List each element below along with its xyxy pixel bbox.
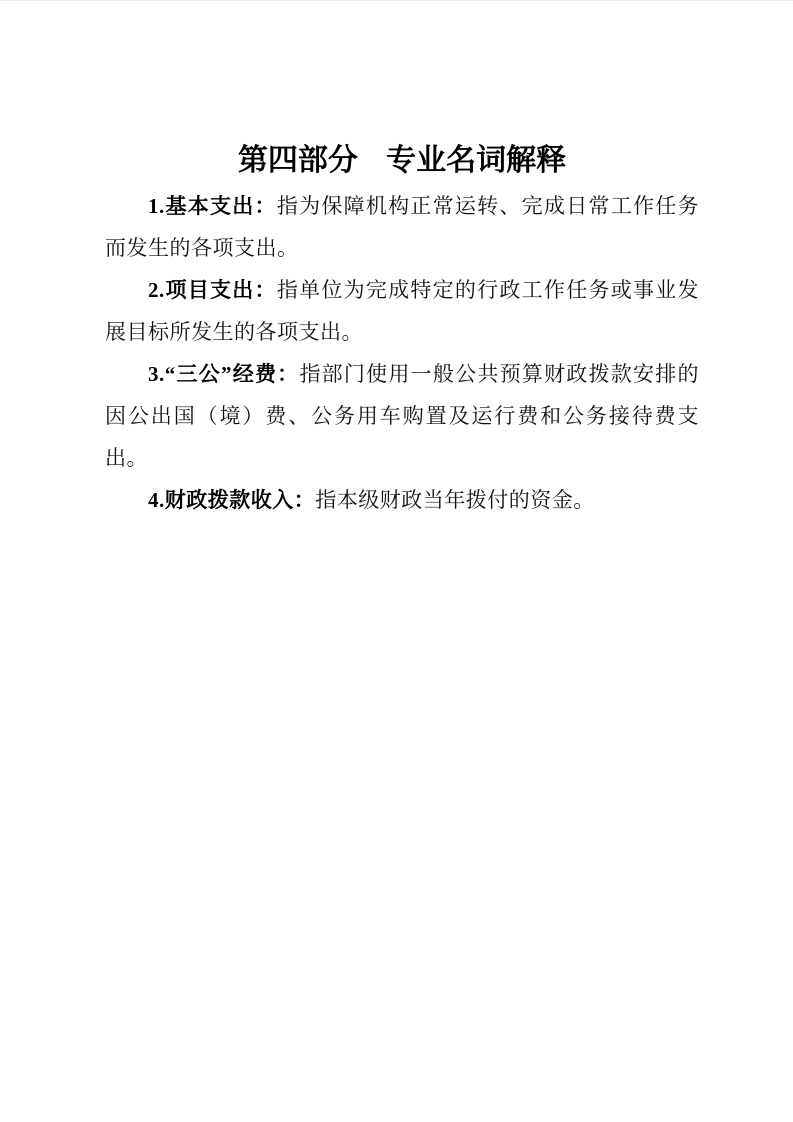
definition-paragraph-fiscal-appropriation-income: 4.财政拨款收入：指本级财政当年拨付的资金。 (105, 479, 699, 521)
term-label: 1.基本支出： (148, 194, 277, 218)
page-title: 第四部分 专业名词解释 (105, 141, 699, 181)
page-content: 第四部分 专业名词解释 1.基本支出：指为保障机构正常运转、完成日常工作任务而发… (105, 141, 699, 521)
term-label: 3.“三公”经费： (148, 362, 299, 386)
term-label: 4.财政拨款收入： (148, 488, 315, 512)
term-definition: 指本级财政当年拨付的资金。 (315, 488, 595, 512)
term-label: 2.项目支出： (148, 278, 277, 302)
definition-paragraph-basic-expenditure: 1.基本支出：指为保障机构正常运转、完成日常工作任务而发生的各项支出。 (105, 185, 699, 269)
document-page: 第四部分 专业名词解释 1.基本支出：指为保障机构正常运转、完成日常工作任务而发… (0, 0, 793, 1122)
definition-paragraph-three-public-funds: 3.“三公”经费：指部门使用一般公共预算财政拨款安排的因公出国（境）费、公务用车… (105, 353, 699, 479)
definition-paragraph-project-expenditure: 2.项目支出：指单位为完成特定的行政工作任务或事业发展目标所发生的各项支出。 (105, 269, 699, 353)
